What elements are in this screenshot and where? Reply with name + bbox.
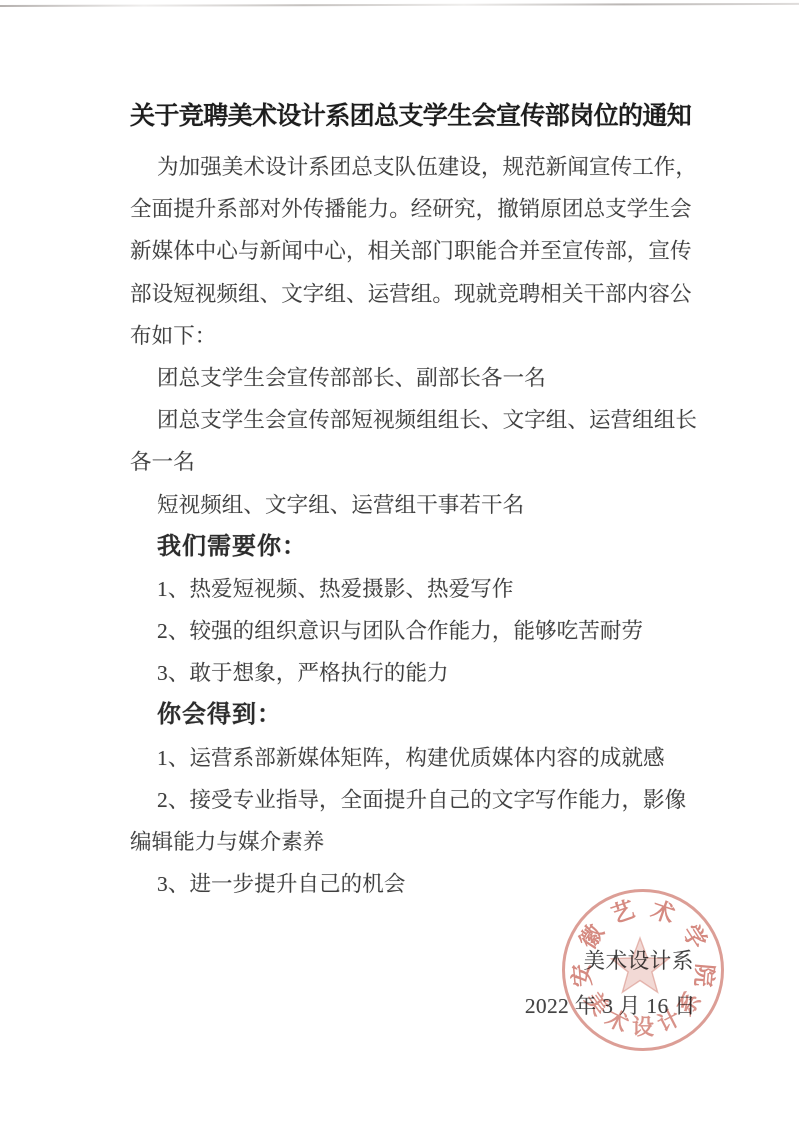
body-line: 全面提升系部对外传播能力。经研究，撤销原团总支学生会: [130, 188, 720, 230]
body-line: 部设短视频组、文字组、运营组。现就竞聘相关干部内容公: [130, 273, 720, 315]
body-line: 3、敢于想象，严格执行的能力: [130, 652, 720, 694]
body-line: 1、运营系部新媒体矩阵，构建优质媒体内容的成就感: [130, 737, 720, 779]
body-line: 为加强美术设计系团总支队伍建设，规范新闻宣传工作，: [130, 146, 720, 188]
seal-org-char: 术: [647, 896, 678, 927]
body-line: 布如下：: [130, 315, 720, 357]
body-line: 2、接受专业指导，全面提升自己的文字写作能力，影像: [130, 779, 720, 821]
body-line: 2、较强的组织意识与团队合作能力，能够吃苦耐劳: [130, 610, 720, 652]
body-line: 1、热爱短视频、热爱摄影、热爱写作: [130, 568, 720, 610]
section-heading-line: 你会得到：: [130, 694, 720, 736]
seal-org-char: 艺: [608, 897, 638, 928]
body-line: 团总支学生会宣传部短视频组组长、文字组、运营组组长: [130, 399, 720, 441]
section-heading-line: 我们需要你：: [130, 526, 720, 568]
seal-star: [612, 938, 669, 992]
document-body: 为加强美术设计系团总支队伍建设，规范新闻宣传工作，全面提升系部对外传播能力。经研…: [130, 146, 720, 905]
body-line: 短视频组、文字组、运营组干事若干名: [130, 484, 720, 526]
body-line: 团总支学生会宣传部部长、副部长各一名: [130, 357, 720, 399]
scan-edge-artifact: [0, 3, 799, 7]
seal-dept-char: 设: [632, 1015, 654, 1040]
seal-org-char: 安: [568, 963, 596, 988]
official-seal: 安徽艺术学院美术设计系: [551, 878, 735, 1062]
seal-org-char: 院: [690, 963, 717, 988]
document-title: 关于竞聘美术设计系团总支学生会宣传部岗位的通知: [130, 96, 696, 138]
body-line: 新媒体中心与新闻中心，相关部门职能合并至宣传部，宣传: [130, 230, 720, 272]
body-line: 各一名: [130, 441, 720, 483]
body-line: 编辑能力与媒介素养: [130, 821, 720, 863]
seal-org-char: 徽: [575, 920, 608, 953]
scanned-notice-page: 关于竞聘美术设计系团总支学生会宣传部岗位的通知 为加强美术设计系团总支队伍建设，…: [0, 0, 799, 1130]
